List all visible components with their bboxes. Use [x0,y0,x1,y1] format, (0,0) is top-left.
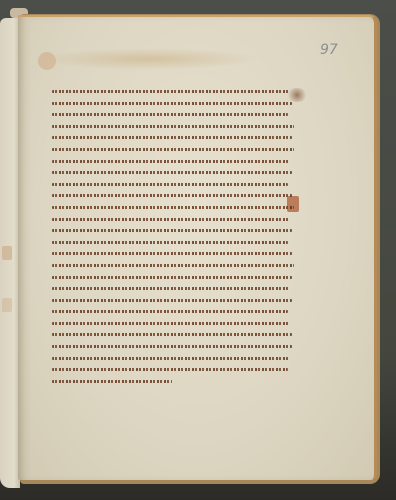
handwritten-text [52,229,292,232]
facing-page [0,18,20,488]
handwritten-text [52,345,292,348]
handwritten-text [52,218,290,221]
manuscript-line [52,202,297,214]
handwritten-text [52,206,294,209]
handwritten-text [52,113,288,116]
handwritten-text [52,322,290,325]
handwritten-text [52,264,294,267]
manuscript-line [52,329,297,341]
manuscript-line [52,190,297,202]
handwritten-text [52,90,290,93]
handwritten-text [52,380,172,383]
manuscript-line [52,260,297,272]
manuscript-line [52,109,297,121]
handwritten-text [52,276,292,279]
handwritten-text [52,368,288,371]
text-block [52,86,297,387]
manuscript-line [52,283,297,295]
manuscript-line [52,225,297,237]
handwritten-text [52,357,290,360]
handwritten-text [52,194,292,197]
manuscript-line [52,237,297,249]
manuscript-line [52,132,297,144]
handwritten-text [52,136,292,139]
handwritten-text [52,102,292,105]
water-stain [38,48,258,70]
handwritten-text [52,333,292,336]
manuscript-line [52,179,297,191]
manuscript-line [52,364,297,376]
manuscript-line [52,353,297,365]
manuscript-line [52,98,297,110]
handwritten-text [52,148,294,151]
handwritten-text [52,160,290,163]
manuscript-line [52,121,297,133]
handwritten-text [52,241,288,244]
manuscript-line [52,272,297,284]
manuscript-line [52,295,297,307]
handwritten-text [52,299,292,302]
manuscript-line [52,248,297,260]
manuscript-line [52,306,297,318]
handwritten-text [52,310,288,313]
manuscript-line [52,214,297,226]
manuscript-line [52,86,297,98]
manuscript-line [52,156,297,168]
stain-mark [2,298,12,312]
manuscript-line [52,376,297,388]
water-stain-spot [38,52,56,70]
folio-number: 97 [320,42,338,58]
stain-mark [2,246,12,260]
handwritten-text [52,252,292,255]
manuscript-line [52,167,297,179]
handwritten-text [52,183,288,186]
handwritten-text [52,171,292,174]
handwritten-text [52,125,294,128]
manuscript-line [52,341,297,353]
manuscript-line [52,318,297,330]
handwritten-text [52,287,290,290]
manuscript-line [52,144,297,156]
